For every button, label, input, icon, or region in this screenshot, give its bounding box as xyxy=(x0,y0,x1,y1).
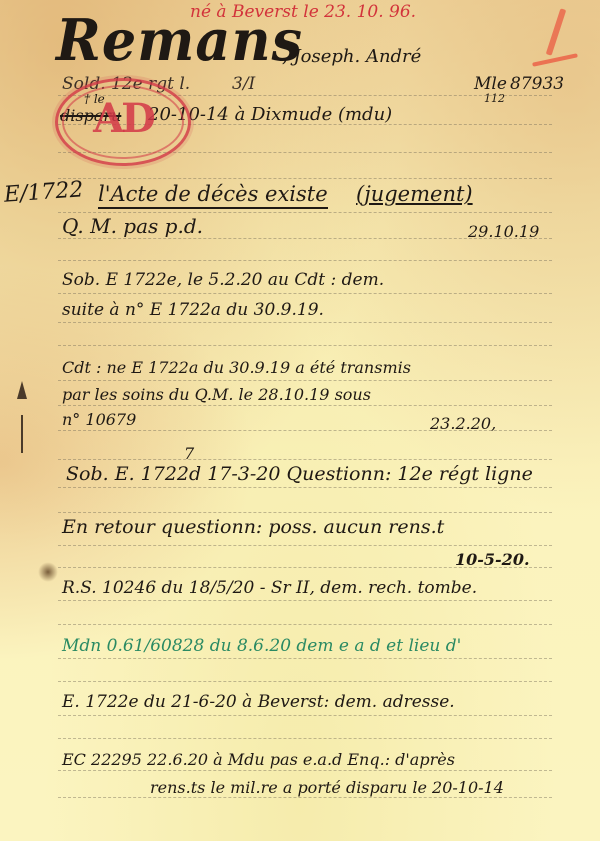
entry-1-line2: Q. M. pas p.d. xyxy=(62,214,203,238)
ruled-line xyxy=(58,459,552,460)
entry-8-line1: E. 1722e du 21-6-20 à Beverst: dem. adre… xyxy=(62,692,455,712)
ruled-line xyxy=(58,260,552,261)
entry-3-date: 23.2.20, xyxy=(430,414,496,433)
red-underline-mark xyxy=(532,53,578,66)
ad-stamp: AD xyxy=(55,78,191,166)
red-tick-mark xyxy=(546,8,567,56)
ruled-line xyxy=(58,405,552,406)
ruled-line xyxy=(58,293,552,294)
entry-6-line1: R.S. 10246 du 18/5/20 - Sr II, dem. rech… xyxy=(62,578,477,598)
entry-3-line2: par les soins du Q.M. le 28.10.19 sous xyxy=(62,385,371,404)
ruled-line xyxy=(58,212,552,213)
entry-3-line1: Cdt : ne E 1722a du 30.9.19 a été transm… xyxy=(62,358,411,377)
entry-2-line1: Sob. E 1722e, le 5.2.20 au Cdt : dem. xyxy=(62,270,384,290)
entry-5-line1: En retour questionn: poss. aucun rens.t xyxy=(62,516,444,538)
ruled-line xyxy=(58,681,552,682)
ruled-line xyxy=(58,658,552,659)
company: 3/I xyxy=(232,74,255,94)
ruled-line xyxy=(58,380,552,381)
ruled-line xyxy=(58,797,552,798)
ruled-line xyxy=(58,487,552,488)
surname: Remans xyxy=(56,6,303,73)
matricule-label: Mle xyxy=(474,74,507,94)
ruled-line xyxy=(58,322,552,323)
entry-1-text: l'Acte de décès existe xyxy=(98,182,328,209)
ruled-line xyxy=(58,715,552,716)
ruled-line xyxy=(58,345,552,346)
ruled-line xyxy=(58,512,552,513)
entry-3-line3: n° 10679 xyxy=(62,410,136,429)
stamp-text: AD xyxy=(58,95,188,142)
matricule-sub: 112 xyxy=(484,92,505,105)
margin-pin-mark xyxy=(17,355,27,399)
entry-5-date: 10-5-20. xyxy=(455,550,530,569)
entry-1-date: 29.10.19 xyxy=(468,222,539,241)
ruled-line xyxy=(58,624,552,625)
ruled-line xyxy=(58,600,552,601)
index-card: né à Beverst le 23. 10. 96. Remans , Jos… xyxy=(0,0,600,841)
entry-9-line2: rens.ts le mil.re a porté disparu le 20-… xyxy=(150,778,504,797)
ruled-line xyxy=(58,178,552,179)
ruled-line xyxy=(58,738,552,739)
entry-9-line1: EC 22295 22.6.20 à Mdu pas e.a.d Enq.: d… xyxy=(62,750,455,769)
entry-1-paren: (jugement) xyxy=(356,182,473,206)
entry-7-line1: Mdn 0.61/60828 du 8.6.20 dem e a d et li… xyxy=(62,636,461,656)
entry-4-line1: Sob. E. 1722d 17-3-20 Questionn: 12e rég… xyxy=(66,463,533,485)
ruled-line xyxy=(58,770,552,771)
matricule-number: 87933 xyxy=(510,74,564,94)
ink-smudge xyxy=(38,562,58,582)
margin-pin-mark xyxy=(21,415,23,453)
entry-2-line2: suite à n° E 1722a du 30.9.19. xyxy=(62,300,324,320)
entry-1-ref: E/1722 xyxy=(3,177,84,207)
given-names: , Joseph. André xyxy=(282,46,421,67)
ruled-line xyxy=(58,545,552,546)
entry-4-correction: 7 xyxy=(184,444,194,463)
